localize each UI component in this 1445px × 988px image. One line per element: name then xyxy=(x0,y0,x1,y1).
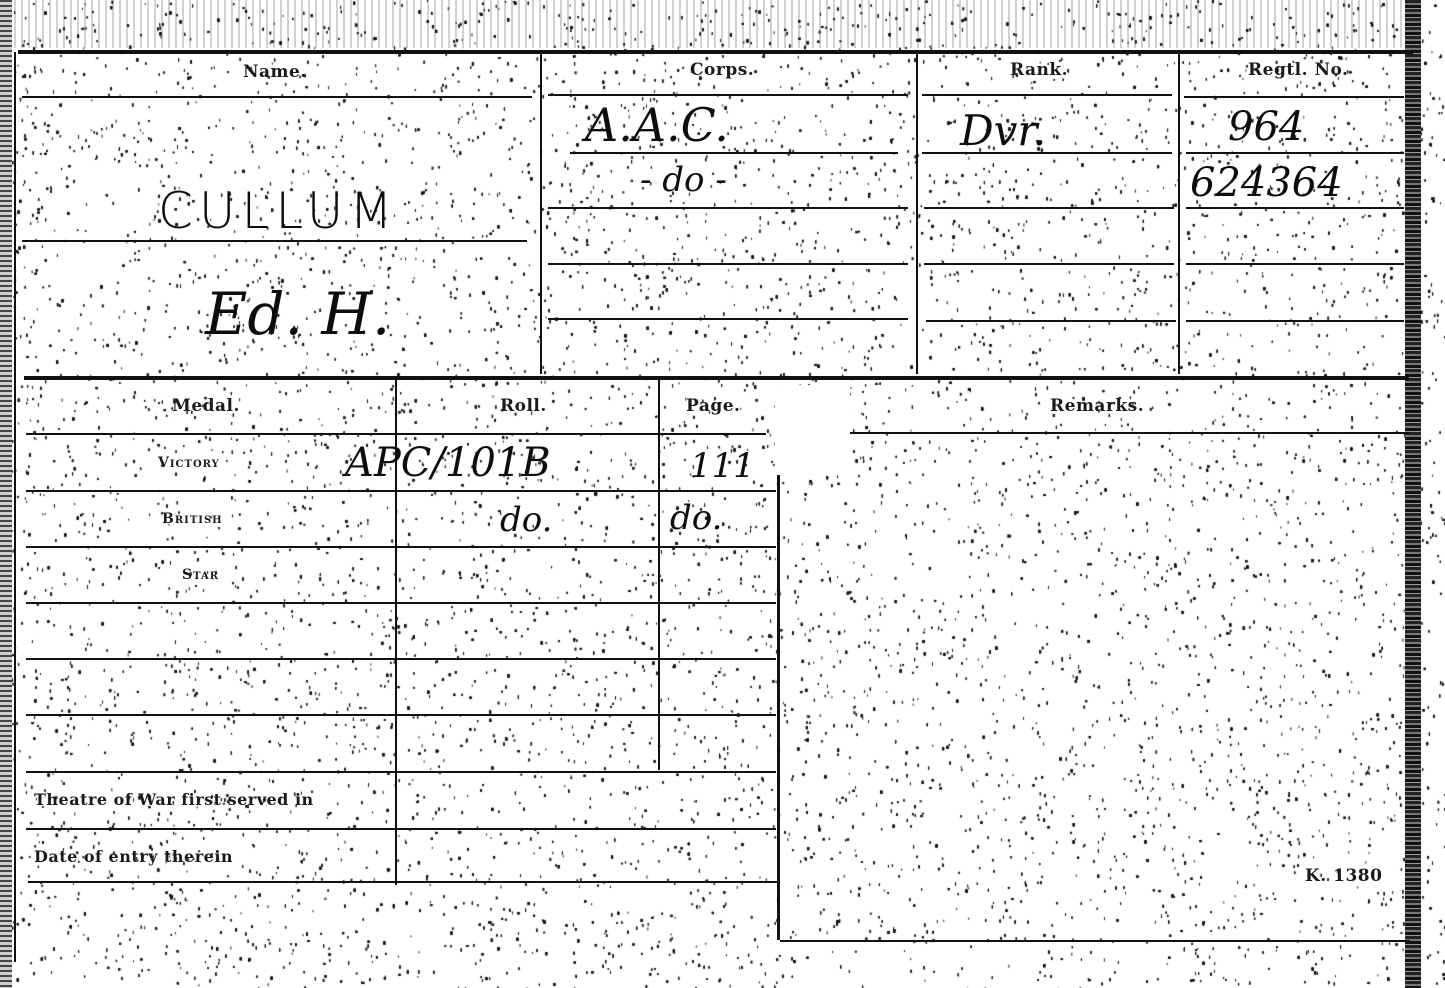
scan-edge-top xyxy=(0,0,1420,48)
name-corps-divider xyxy=(540,52,542,374)
form-number: K. 1380 xyxy=(1305,866,1382,886)
medal-row6-rule xyxy=(26,771,776,773)
victory-page: 111 xyxy=(690,446,755,486)
medal-row5-rule xyxy=(26,714,776,716)
regt-row3-rule xyxy=(1186,263,1404,265)
name-mid-rule xyxy=(22,240,527,242)
remarks-header: Remarks. xyxy=(1050,396,1144,416)
regt-row2-rule xyxy=(1186,207,1404,209)
corps-row4-rule xyxy=(548,318,908,320)
surname: CULLUM xyxy=(158,182,398,240)
left-border xyxy=(14,52,16,962)
regt-header-rule xyxy=(1184,96,1404,98)
corps-row2-rule xyxy=(548,207,908,209)
rank-row2-rule xyxy=(924,207,1174,209)
medal-header-rule xyxy=(26,433,766,435)
left-remarks-divider xyxy=(777,470,780,940)
corps-row2: - do - xyxy=(640,160,727,200)
rank-row3-rule xyxy=(924,263,1174,265)
rank-regt-divider xyxy=(1178,52,1180,374)
regt-row1-rule xyxy=(1186,152,1404,154)
scan-blank-patch xyxy=(775,385,850,475)
date-entry-label: Date of entry therein xyxy=(34,847,233,866)
corps-rank-divider xyxy=(916,52,918,374)
regt-no-row2: 624364 xyxy=(1190,160,1343,206)
top-border xyxy=(18,50,1413,54)
section-divider xyxy=(24,376,1409,380)
name-header-rule xyxy=(22,96,532,98)
corps-header-rule xyxy=(548,94,908,96)
scan-edge-right xyxy=(1405,0,1421,988)
rank-header-rule xyxy=(922,94,1172,96)
remarks-header-rule xyxy=(850,432,1410,434)
scan-edge-left xyxy=(0,0,12,988)
rank-row4-rule xyxy=(926,320,1176,322)
medal-row1-rule xyxy=(26,490,776,492)
victory-roll: APC/101B xyxy=(345,440,551,486)
british-roll: do. xyxy=(500,500,552,540)
corps-row1-rule xyxy=(570,152,898,154)
medal-row4-rule xyxy=(26,658,776,660)
regt-no-header: Regtl. No. xyxy=(1248,60,1348,80)
medal-header: Medal. xyxy=(172,396,240,416)
bottom-right-border xyxy=(780,940,1410,942)
medal-index-card: Name. Corps. Rank. Regtl. No. Medal. Rol… xyxy=(0,0,1445,988)
regt-row4-rule xyxy=(1186,320,1404,322)
theatre-label: Theatre of War first served in xyxy=(34,790,314,809)
medal-row2-rule xyxy=(26,546,776,548)
rank-header: Rank. xyxy=(1010,60,1068,80)
page-header: Page. xyxy=(686,396,740,416)
date-row-rule xyxy=(28,881,780,883)
theatre-row-rule xyxy=(26,828,776,830)
medal-star-label: Star xyxy=(182,567,219,583)
medal-row3-rule xyxy=(26,602,776,604)
roll-page-divider xyxy=(658,380,660,770)
corps-header: Corps. xyxy=(690,60,754,80)
rank-row1: Dvr. xyxy=(960,106,1046,155)
roll-header: Roll. xyxy=(500,396,547,416)
medal-british-label: British xyxy=(162,511,223,527)
name-header: Name. xyxy=(243,62,307,82)
corps-row3-rule xyxy=(548,263,908,265)
medal-victory-label: Victory xyxy=(158,455,220,471)
regt-no-row1: 964 xyxy=(1228,104,1304,150)
corps-row1: A.A.C. xyxy=(585,98,729,152)
british-page: do. xyxy=(670,498,722,538)
forenames: Ed. H. xyxy=(205,280,390,348)
